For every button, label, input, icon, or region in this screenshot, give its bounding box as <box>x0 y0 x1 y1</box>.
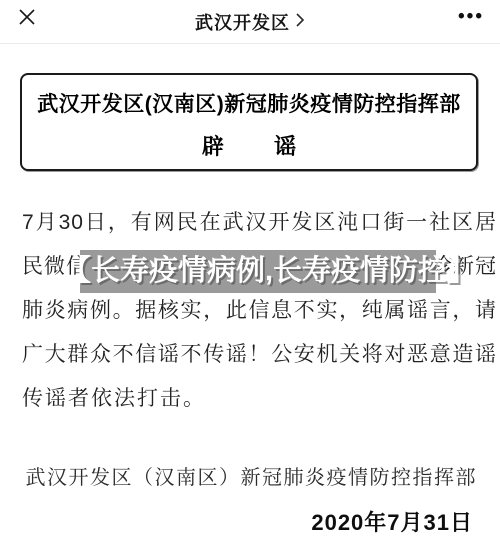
date-line: 2020年7月31日 <box>0 506 473 537</box>
signature-line: 武汉开发区（汉南区）新冠肺炎疫情防控指挥部 <box>0 461 477 490</box>
more-menu-button[interactable]: ••• <box>458 2 484 32</box>
three-dots-icon: ••• <box>458 2 484 32</box>
notice-subtitle: 辟 谣 <box>22 130 476 161</box>
top-bar: 武汉开发区 ••• <box>0 0 500 44</box>
notice-subtitle-char2: 谣 <box>274 134 296 159</box>
body-line-3: 肺炎病例。据核实，此信息不实，纯属谣言，请 <box>22 289 497 333</box>
body-line-4: 广大群众不信谣不传谣！公安机关将对恶意造谣 <box>22 333 497 377</box>
article-page: 武汉开发区 ••• 武汉开发区(汉南区)新冠肺炎疫情防控指挥部 辟 谣 7月30… <box>0 0 500 543</box>
account-title: 武汉开发区 <box>195 9 290 35</box>
body-line-5: 传谣者依法打击。 <box>22 377 497 421</box>
chevron-right-icon <box>295 10 305 33</box>
notice-title: 武汉开发区(汉南区)新冠肺炎疫情防控指挥部 <box>22 88 476 118</box>
account-header-link[interactable]: 武汉开发区 <box>0 0 500 43</box>
watermark-text: 【长寿疫情病例,长寿疫情防控】 <box>62 249 454 294</box>
notice-headline-box: 武汉开发区(汉南区)新冠肺炎疫情防控指挥部 辟 谣 <box>20 73 478 171</box>
body-line-1: 7月30日，有网民在武汉开发区沌口街一社区居 <box>22 201 497 245</box>
notice-subtitle-char1: 辟 <box>202 134 224 159</box>
